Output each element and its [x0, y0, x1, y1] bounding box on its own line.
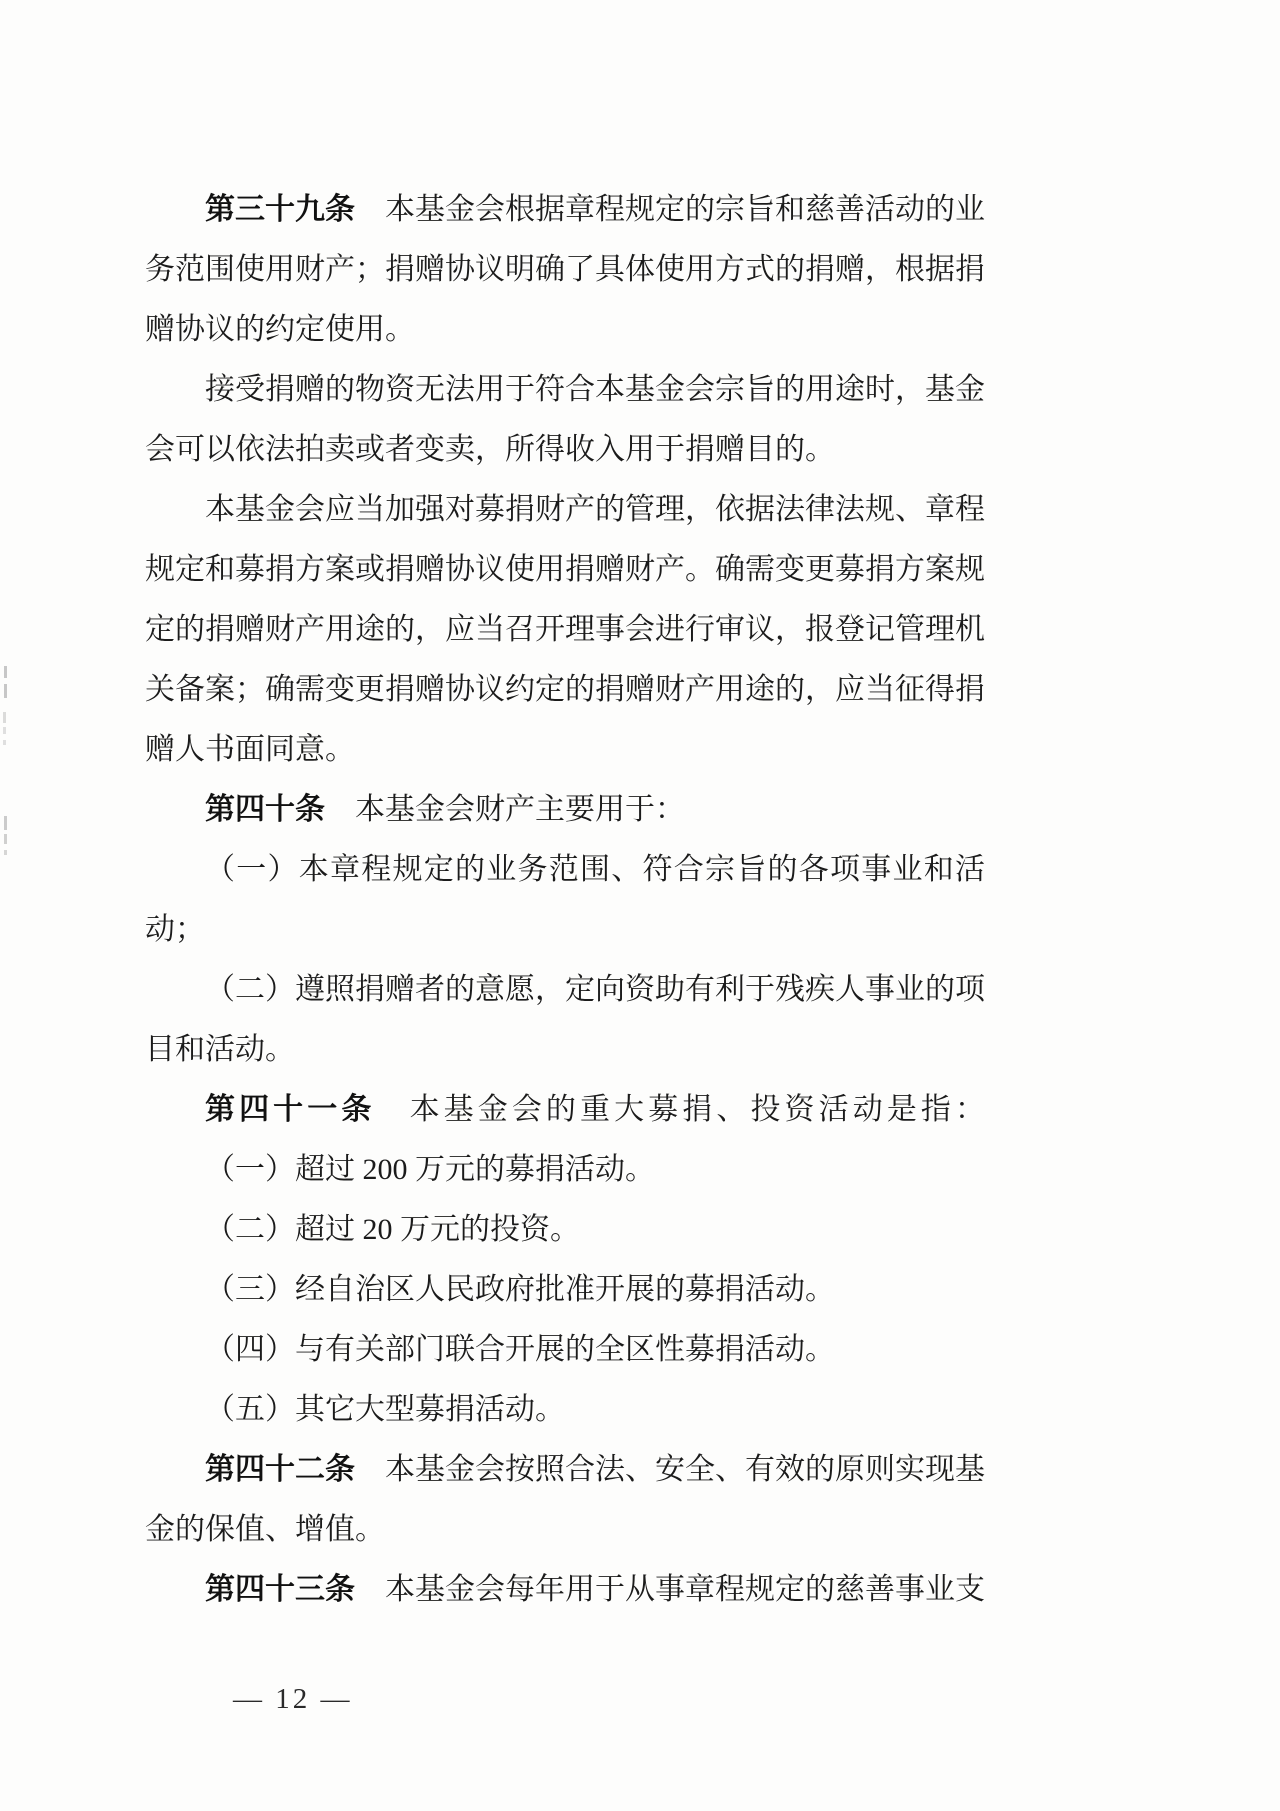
scan-artifact [4, 850, 7, 855]
scan-artifact [3, 712, 6, 723]
text-line: （一）超过 200 万元的募捐活动。 [145, 1140, 985, 1200]
line-text: 务范围使用财产；捐赠协议明确了具体使用方式的捐赠，根据捐 [145, 253, 985, 286]
text-line: 关备案；确需变更捐赠协议约定的捐赠财产用途的，应当征得捐 [145, 660, 985, 720]
scan-artifact [4, 834, 7, 844]
text-line: 接受捐赠的物资无法用于符合本基金会宗旨的用途时，基金 [145, 360, 985, 420]
text-line: （二）超过 20 万元的投资。 [145, 1200, 985, 1260]
article-number: 第四十三条 [205, 1573, 355, 1606]
text-line: （四）与有关部门联合开展的全区性募捐活动。 [145, 1320, 985, 1380]
text-line: （二）遵照捐赠者的意愿，定向资助有利于残疾人事业的项 [145, 960, 985, 1020]
page-number: — 12 — [233, 1683, 353, 1716]
document-body: 第三十九条 本基金会根据章程规定的宗旨和慈善活动的业务范围使用财产；捐赠协议明确… [145, 180, 985, 1620]
text-line: 定的捐赠财产用途的，应当召开理事会进行审议，报登记管理机 [145, 600, 985, 660]
text-line: 目和活动。 [145, 1020, 985, 1080]
article-line: 第四十一条 本基金会的重大募捐、投资活动是指： [145, 1080, 985, 1140]
text-line: 动； [145, 900, 985, 960]
scan-artifact [3, 740, 6, 745]
text-line: （五）其它大型募捐活动。 [145, 1380, 985, 1440]
line-text: 本基金会应当加强对募捐财产的管理，依据法律法规、章程 [205, 493, 985, 526]
line-text: 本基金会的重大募捐、投资活动是指： [410, 1093, 985, 1126]
line-text: 本基金会财产主要用于： [355, 793, 685, 826]
line-text: 本基金会根据章程规定的宗旨和慈善活动的业 [385, 193, 985, 226]
line-text: 本基金会每年用于从事章程规定的慈善事业支 [385, 1573, 985, 1606]
text-line: 会可以依法拍卖或者变卖，所得收入用于捐赠目的。 [145, 420, 985, 480]
document-page: { "page": { "background_color": "#fdfdfc… [0, 0, 1280, 1811]
line-text: （二）超过 20 万元的投资。 [205, 1213, 580, 1246]
scan-artifact [4, 816, 7, 830]
scan-artifact [4, 666, 7, 678]
line-text: 关备案；确需变更捐赠协议约定的捐赠财产用途的，应当征得捐 [145, 673, 985, 706]
line-text: 规定和募捐方案或捐赠协议使用捐赠财产。确需变更募捐方案规 [145, 553, 985, 586]
line-text: （二）遵照捐赠者的意愿，定向资助有利于残疾人事业的项 [205, 973, 985, 1006]
text-line: 规定和募捐方案或捐赠协议使用捐赠财产。确需变更募捐方案规 [145, 540, 985, 600]
article-line: 第四十条 本基金会财产主要用于： [145, 780, 985, 840]
text-line: 赠人书面同意。 [145, 720, 985, 780]
scan-artifact [4, 684, 7, 698]
scan-artifact [3, 727, 6, 734]
text-line: 赠协议的约定使用。 [145, 300, 985, 360]
text-line: 务范围使用财产；捐赠协议明确了具体使用方式的捐赠，根据捐 [145, 240, 985, 300]
article-line: 第四十三条 本基金会每年用于从事章程规定的慈善事业支 [145, 1560, 985, 1620]
line-text: （五）其它大型募捐活动。 [205, 1393, 565, 1426]
text-line: 金的保值、增值。 [145, 1500, 985, 1560]
line-text: （三）经自治区人民政府批准开展的募捐活动。 [205, 1273, 835, 1306]
article-line: 第三十九条 本基金会根据章程规定的宗旨和慈善活动的业 [145, 180, 985, 240]
article-line: 第四十二条 本基金会按照合法、安全、有效的原则实现基 [145, 1440, 985, 1500]
article-number: 第四十一条 [205, 1093, 375, 1126]
article-number: 第四十条 [205, 793, 325, 826]
line-text: （一）超过 200 万元的募捐活动。 [205, 1153, 655, 1186]
line-text: 动； [145, 913, 205, 946]
line-text: 定的捐赠财产用途的，应当召开理事会进行审议，报登记管理机 [145, 613, 985, 646]
text-line: （三）经自治区人民政府批准开展的募捐活动。 [145, 1260, 985, 1320]
line-text: 接受捐赠的物资无法用于符合本基金会宗旨的用途时，基金 [205, 373, 985, 406]
line-text: 会可以依法拍卖或者变卖，所得收入用于捐赠目的。 [145, 433, 835, 466]
line-text: （一）本章程规定的业务范围、符合宗旨的各项事业和活 [205, 853, 985, 886]
line-text: 本基金会按照合法、安全、有效的原则实现基 [385, 1453, 985, 1486]
text-line: （一）本章程规定的业务范围、符合宗旨的各项事业和活 [145, 840, 985, 900]
article-number: 第三十九条 [205, 193, 355, 226]
line-text: 赠协议的约定使用。 [145, 313, 415, 346]
line-text: （四）与有关部门联合开展的全区性募捐活动。 [205, 1333, 835, 1366]
line-text: 目和活动。 [145, 1033, 295, 1066]
line-text: 金的保值、增值。 [145, 1513, 385, 1546]
article-number: 第四十二条 [205, 1453, 355, 1486]
text-line: 本基金会应当加强对募捐财产的管理，依据法律法规、章程 [145, 480, 985, 540]
line-text: 赠人书面同意。 [145, 733, 355, 766]
